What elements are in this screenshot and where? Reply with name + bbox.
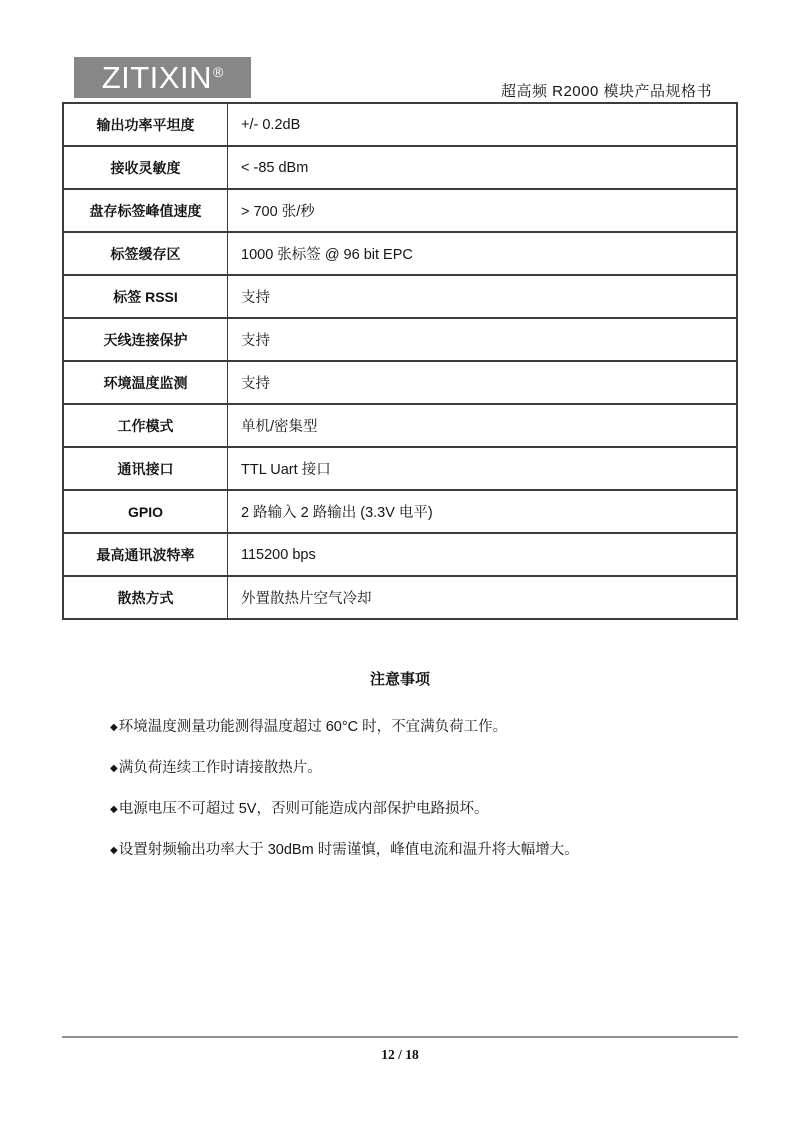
brand-logo-text: ZITIXIN	[102, 60, 212, 95]
spec-value: 2 路输入 2 路输出 (3.3V 电平)	[228, 490, 738, 533]
table-row: 输出功率平坦度 +/- 0.2dB	[63, 103, 737, 146]
note-text: 环境温度测量功能测得温度超过 60°C 时，不宜满负荷工作。	[119, 719, 507, 735]
list-item: ◆电源电压不可超过 5V，否则可能造成内部保护电路损坏。	[62, 801, 738, 818]
spec-value: 1000 张标签 @ 96 bit EPC	[228, 232, 738, 275]
table-row: 工作模式 单机/密集型	[63, 404, 737, 447]
registered-trademark-icon: ®	[213, 64, 223, 80]
spec-value: 支持	[228, 318, 738, 361]
diamond-bullet-icon: ◆	[110, 804, 118, 815]
list-item: ◆设置射频输出功率大于 30dBm 时需谨慎，峰值电流和温升将大幅增大。	[62, 842, 738, 859]
note-text: 设置射频输出功率大于 30dBm 时需谨慎，峰值电流和温升将大幅增大。	[119, 842, 579, 858]
spec-table: 输出功率平坦度 +/- 0.2dB 接收灵敏度 < -85 dBm 盘存标签峰值…	[62, 102, 738, 620]
table-row: 盘存标签峰值速度 > 700 张/秒	[63, 189, 737, 232]
spec-label: GPIO	[63, 490, 228, 533]
spec-label: 散热方式	[63, 576, 228, 619]
diamond-bullet-icon: ◆	[110, 845, 118, 856]
table-row: 环境温度监测 支持	[63, 361, 737, 404]
table-row: 标签 RSSI 支持	[63, 275, 737, 318]
table-row: 标签缓存区 1000 张标签 @ 96 bit EPC	[63, 232, 737, 275]
spec-label: 标签 RSSI	[63, 275, 228, 318]
spec-table-body: 输出功率平坦度 +/- 0.2dB 接收灵敏度 < -85 dBm 盘存标签峰值…	[63, 103, 737, 619]
spec-value: +/- 0.2dB	[228, 103, 738, 146]
diamond-bullet-icon: ◆	[110, 763, 118, 774]
spec-value: 支持	[228, 275, 738, 318]
spec-label: 工作模式	[63, 404, 228, 447]
list-item: ◆环境温度测量功能测得温度超过 60°C 时，不宜满负荷工作。	[62, 719, 738, 736]
spec-label: 环境温度监测	[63, 361, 228, 404]
table-row: GPIO 2 路输入 2 路输出 (3.3V 电平)	[63, 490, 737, 533]
list-item: ◆满负荷连续工作时请接散热片。	[62, 760, 738, 777]
diamond-bullet-icon: ◆	[110, 722, 118, 733]
notes-title: 注意事项	[62, 668, 738, 689]
spec-label: 输出功率平坦度	[63, 103, 228, 146]
spec-label: 接收灵敏度	[63, 146, 228, 189]
footer-divider	[62, 1036, 738, 1038]
spec-value: 单机/密集型	[228, 404, 738, 447]
spec-value: 115200 bps	[228, 533, 738, 576]
table-row: 散热方式 外置散热片空气冷却	[63, 576, 737, 619]
table-row: 接收灵敏度 < -85 dBm	[63, 146, 737, 189]
table-row: 通讯接口 TTL Uart 接口	[63, 447, 737, 490]
note-text: 电源电压不可超过 5V，否则可能造成内部保护电路损坏。	[119, 801, 489, 817]
spec-label: 标签缓存区	[63, 232, 228, 275]
table-row: 最高通讯波特率 115200 bps	[63, 533, 737, 576]
page-number: 12 / 18	[62, 1047, 738, 1063]
page-footer: 12 / 18	[62, 1036, 738, 1063]
spec-value: > 700 张/秒	[228, 189, 738, 232]
spec-sheet-page: ZITIXIN® 超高频 R2000 模块产品规格书 输出功率平坦度 +/- 0…	[0, 0, 800, 1132]
spec-label: 通讯接口	[63, 447, 228, 490]
spec-label: 天线连接保护	[63, 318, 228, 361]
spec-value: < -85 dBm	[228, 146, 738, 189]
spec-value: 外置散热片空气冷却	[228, 576, 738, 619]
spec-label: 盘存标签峰值速度	[63, 189, 228, 232]
document-header-title: 超高频 R2000 模块产品规格书	[501, 80, 712, 101]
table-row: 天线连接保护 支持	[63, 318, 737, 361]
note-text: 满负荷连续工作时请接散热片。	[119, 760, 322, 776]
spec-value: 支持	[228, 361, 738, 404]
notes-section: 注意事项 ◆环境温度测量功能测得温度超过 60°C 时，不宜满负荷工作。 ◆满负…	[62, 668, 738, 883]
spec-label: 最高通讯波特率	[63, 533, 228, 576]
brand-logo: ZITIXIN®	[74, 57, 251, 98]
spec-value: TTL Uart 接口	[228, 447, 738, 490]
